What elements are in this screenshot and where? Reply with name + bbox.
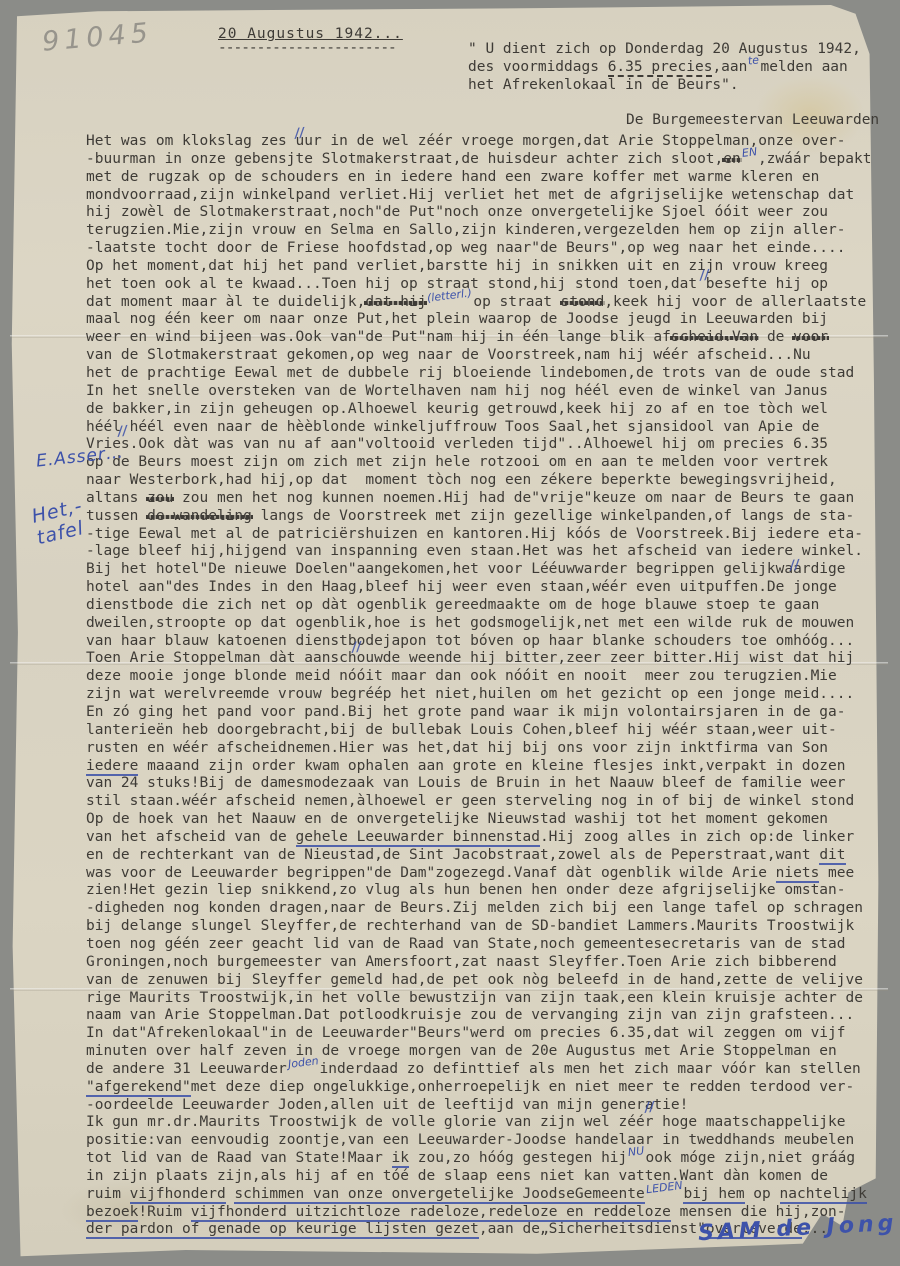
text-line: terugzien.Mie,zijn vrouw en Selma en Sal… [86,222,871,240]
summons-quote: " U dient zich op Donderdag 20 Augustus … [468,38,861,92]
text-line: iedere maaand zijn order kwam ophalen aa… [86,758,871,776]
quote-line: " U dient zich op Donderdag 20 Augustus … [468,38,861,56]
text-line: met de rugzak op de schouders en in iede… [86,169,871,187]
text-line: lanterieën heb doorgebracht,bij de bulle… [86,722,871,740]
ink-mark: ∕∕ [117,423,128,439]
text-line: minuten over half zeven in de vroege mor… [86,1043,871,1061]
ink-mark: ∕∕ [351,639,362,655]
text-line: zijn wat werelvreemde vrouw begréép het … [86,686,871,704]
text-line: van het afscheid van de gehele Leeuwarde… [86,829,871,847]
text-line: naam van Arie Stoppelman.Dat potloodkrui… [86,1007,871,1025]
text-line: het toen ook al te kwaad...Toen hij op s… [86,276,871,294]
text-line: de bakker,in zijn geheugen op.Alhoewel k… [86,401,871,419]
text-line: van de Slotmakerstraat gekomen,op weg na… [86,347,871,365]
text-line: hij zowèl de Slotmakerstraat,noch"de Put… [86,204,871,222]
text-line: En zó ging het pand voor pand.Bij het gr… [86,704,871,722]
text-line: naar Westerbork,had hij,op dat moment tò… [86,472,871,490]
text-line: van haar blauw katoenen dienstbodejapon … [86,633,871,651]
text-line: altans zou zou men het nog kunnen noemen… [86,490,871,508]
text-line: bij delange slungel Sleyffer,de rechterh… [86,918,871,936]
text-line: héél héél even naar de hèèblonde winkelj… [86,419,871,437]
text-line: van 24 stuks!Bij de damesmodezaak van Lo… [86,775,871,793]
text-line: hotel aan"des Indes in den Haag,bleef hi… [86,579,871,597]
text-line: positie:van eenvoudig zoontje,van een Le… [86,1132,871,1150]
text-line: deze mooie jonge blonde meid nóóit maar … [86,668,871,686]
text-line: weer en wind bijeen was.Ook van"de Put"n… [86,329,871,347]
text-line: rusten en wéér afscheidnemen.Hier was he… [86,740,871,758]
ink-mark: ∕∕ [699,267,710,283]
text-line: Ik gun mr.dr.Maurits Troostwijk de volle… [86,1114,871,1132]
quote-attribution: De Burgemeestervan Leeuwarden [626,112,879,128]
text-line: dweilen,stroopte op dat ogenblik,hoe is … [86,615,871,633]
text-line: de andere 31 LeeuwarderJodeninderdaad zo… [86,1061,871,1079]
text-line: dienstbode die zich net op dàt ogenblik … [86,597,871,615]
text-line: Op het moment,dat hij het pand verliet,b… [86,258,871,276]
text-line: Op de hoek van het Naauw en de onvergete… [86,811,871,829]
text-line: Groningen,noch burgemeester van Amersfoo… [86,954,871,972]
text-line: Bij het hotel"De nieuwe Doelen"aangekome… [86,561,871,579]
ink-mark: ∕∕ [789,557,800,573]
text-line: van de zenuwen bij Sleyffer gemeld had,d… [86,972,871,990]
text-line: -digheden nog konden dragen,naar de Beur… [86,900,871,918]
scanned-document: 20 Augustus 1942... --------------------… [0,0,900,1266]
title-underline: ----------------------- [218,40,396,56]
text-line: toen nog géén zeer geacht lid van de Raa… [86,936,871,954]
text-line: In het snelle oversteken van de Wortelha… [86,383,871,401]
text-line: -tige Eewal met al de patriciërshuizen e… [86,526,871,544]
text-line: -oordeelde Leeuwarder Joden,allen uit de… [86,1097,871,1115]
text-line: -lage bleef hij,hijgend van inspanning e… [86,543,871,561]
text-line: het de prachtige Eewal met de dubbele ri… [86,365,871,383]
text-line: rige Maurits Troostwijk,in het volle bew… [86,990,871,1008]
text-line: maal nog één keer om naar onze Put,het p… [86,311,871,329]
text-line: stil staan.wéér afscheid nemen,àlhoewel … [86,793,871,811]
ink-mark: ∕∕ [644,1099,655,1115]
text-line: In dat"Afrekenlokaal"in de Leeuwarder"Be… [86,1025,871,1043]
text-line: was voor de Leeuwarder begrippen"de Dam"… [86,865,871,883]
ink-mark: ∕∕ [294,125,305,141]
text-line: Toen Arie Stoppelman dàt aanschouwde wee… [86,650,871,668]
text-line: dat moment maar àl te duidelijk,dat hij(… [86,294,871,312]
text-line: in zijn plaats zijn,als hij af en tóé de… [86,1168,871,1186]
quote-line: het Afrekenlokaal in de Beurs". [468,74,861,92]
text-line: op de Beurs moest zijn om zich met zijn … [86,454,871,472]
text-line: en de rechterkant van de Nieustad,de Sin… [86,847,871,865]
text-line: tot lid van de Raad van State!Maar ik zo… [86,1150,871,1168]
text-line: "afgerekend"met deze diep ongelukkige,on… [86,1079,871,1097]
quote-line: des voormiddags 6.35 precies,aantemelden… [468,56,861,74]
text-line: ruim vijfhonderd schimmen van onze onver… [86,1186,871,1204]
text-line: mondvoorraad,zijn winkelpand verliet.Hij… [86,187,871,205]
text-line: -laatste tocht door de Friese hoofdstad,… [86,240,871,258]
text-line: tussen de wandeling langs de Voorstreek … [86,508,871,526]
text-line: Vries.Ook dàt was van nu af aan"voltooid… [86,436,871,454]
text-line: -buurman in onze gebensjte Slotmakerstra… [86,151,871,169]
body-text: Het was om klokslag zes uur in de wel zé… [86,133,871,1239]
text-line: zien!Het gezin liep snikkend,zo vlug als… [86,882,871,900]
